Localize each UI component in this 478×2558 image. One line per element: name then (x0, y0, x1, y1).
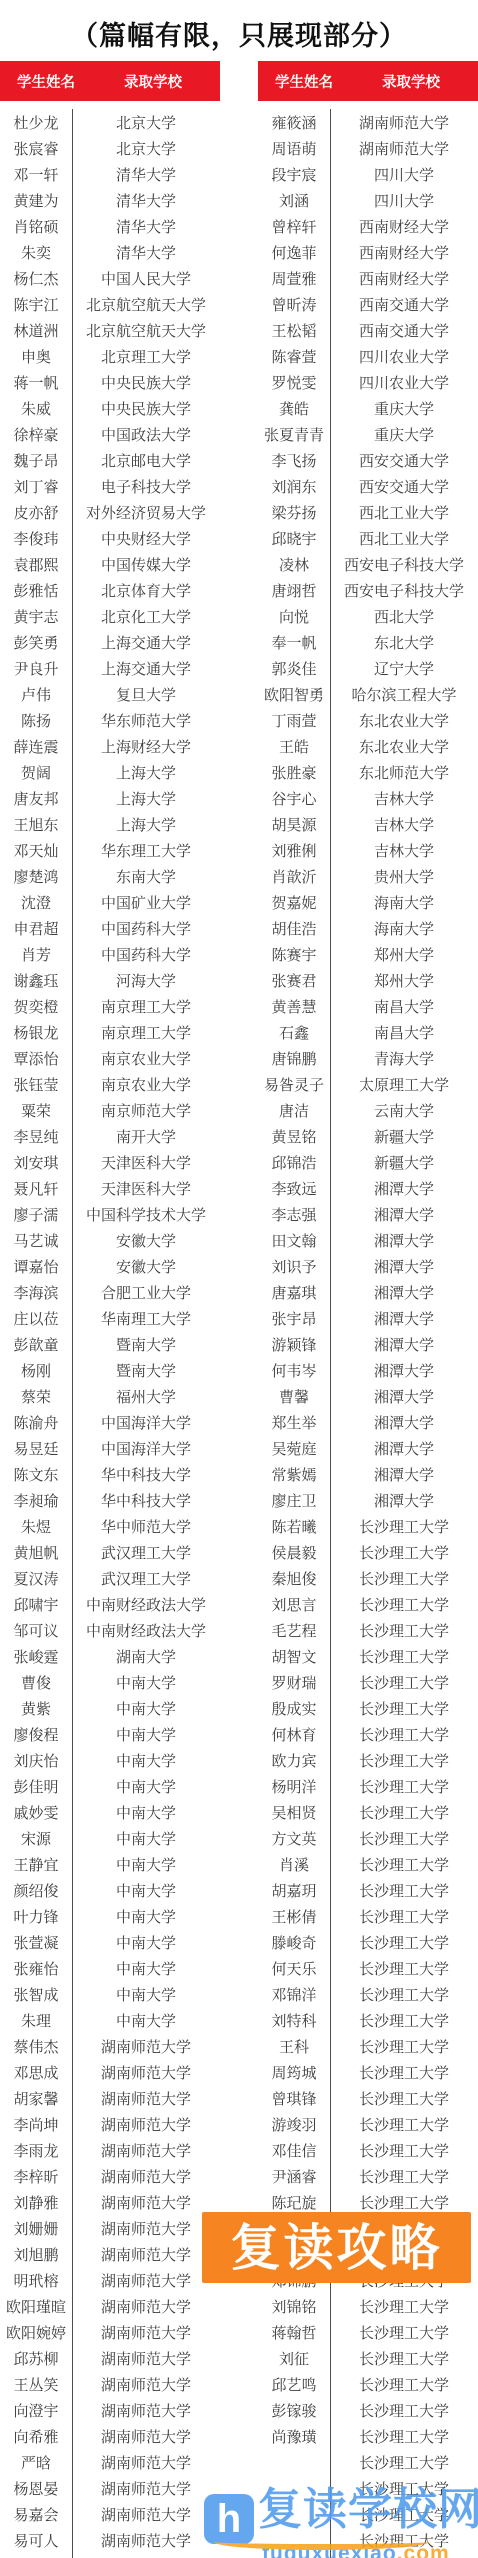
school-cell: 长沙理工大学 (330, 2374, 478, 2395)
student-name-cell: 李昱纯 (0, 1126, 72, 1147)
school-cell: 长沙理工大学 (330, 2348, 478, 2369)
school-cell: 湖南师范大学 (72, 2088, 220, 2109)
table-row: 胡家馨 湖南师范大学 (0, 2085, 220, 2111)
student-name-cell: 罗悦雯 (258, 372, 330, 393)
student-name-cell: 曾琪锋 (258, 2088, 330, 2109)
student-name-cell: 明玳榕 (0, 2270, 72, 2291)
student-name-cell: 邓思成 (0, 2062, 72, 2083)
school-cell: 湖南师范大学 (72, 2452, 220, 2473)
student-name-cell: 唐友邦 (0, 788, 72, 809)
school-cell: 长沙理工大学 (330, 2400, 478, 2421)
table-row: 薛连震 上海财经大学 (0, 733, 220, 759)
student-name-cell: 蒋翰哲 (258, 2322, 330, 2343)
table-row: 魏子昂 北京邮电大学 (0, 447, 220, 473)
table-row: 严晗 湖南师范大学 (0, 2449, 220, 2475)
student-name-cell: 廖俊程 (0, 1724, 72, 1745)
student-name-cell: 梁芬扬 (258, 502, 330, 523)
table-row: 陈扬 华东师范大学 (0, 707, 220, 733)
student-name-cell: 薛连震 (0, 736, 72, 757)
table-row: 易可人 湖南师范大学 (0, 2527, 220, 2553)
table-row: 常紫嫣 湘潭大学 (258, 1461, 478, 1487)
school-cell: 湘潭大学 (330, 1386, 478, 1407)
student-name-cell: 毛艺程 (258, 1620, 330, 1641)
table-row: 邓锦洋 长沙理工大学 (258, 1981, 478, 2007)
school-cell: 长沙理工大学 (330, 2166, 478, 2187)
student-name-cell: 张宸睿 (0, 138, 72, 159)
school-cell: 湖南师范大学 (330, 138, 478, 159)
student-name-cell: 邱晓宇 (258, 528, 330, 549)
table-row: 石鑫 南昌大学 (258, 1019, 478, 1045)
table-row: 曾琪锋 长沙理工大学 (258, 2085, 478, 2111)
student-name-cell: 石鑫 (258, 1022, 330, 1043)
student-name-cell: 罗财瑞 (258, 1672, 330, 1693)
school-cell: 西北工业大学 (330, 528, 478, 549)
student-name-cell: 唐锦鹏 (258, 1048, 330, 1069)
school-cell: 中国海洋大学 (72, 1412, 220, 1433)
school-cell: 河海大学 (72, 970, 220, 991)
school-cell: 东南大学 (72, 866, 220, 887)
table-row: 邱艺鸣 长沙理工大学 (258, 2371, 478, 2397)
school-cell: 吉林大学 (330, 814, 478, 835)
school-cell: 中南大学 (72, 1672, 220, 1693)
student-name-cell: 谷宇心 (258, 788, 330, 809)
table-row: 沈澄 中国矿业大学 (0, 889, 220, 915)
school-cell: 中南大学 (72, 1802, 220, 1823)
table-row: 黄善慧 南昌大学 (258, 993, 478, 1019)
school-cell: 湖南师范大学 (72, 2192, 220, 2213)
school-cell: 湖南师范大学 (72, 2062, 220, 2083)
table-row: 周语萌 湖南师范大学 (258, 135, 478, 161)
table-row: 谷宇心 吉林大学 (258, 785, 478, 811)
table-row: 尹涵睿 长沙理工大学 (258, 2163, 478, 2189)
school-cell: 西安交通大学 (330, 450, 478, 471)
table-row: 何林育 长沙理工大学 (258, 1721, 478, 1747)
school-cell: 长沙理工大学 (330, 2192, 478, 2213)
table-row: 陈睿萱 四川农业大学 (258, 343, 478, 369)
school-cell: 合肥工业大学 (72, 1282, 220, 1303)
student-name-cell: 陈渝舟 (0, 1412, 72, 1433)
student-name-cell: 蒋一帆 (0, 372, 72, 393)
school-cell: 北京化工大学 (72, 606, 220, 627)
school-cell: 中南大学 (72, 1698, 220, 1719)
school-cell: 重庆大学 (330, 424, 478, 445)
table-row: 刘涵 四川大学 (258, 187, 478, 213)
school-cell: 西安交通大学 (330, 476, 478, 497)
school-cell: 中国人民大学 (72, 268, 220, 289)
table-row: 胡嘉玥 长沙理工大学 (258, 1877, 478, 1903)
student-name-cell: 何林育 (258, 1724, 330, 1745)
school-cell: 中央民族大学 (72, 372, 220, 393)
student-name-cell: 张宇昂 (258, 1308, 330, 1329)
table-row: 朱奕 清华大学 (0, 239, 220, 265)
school-cell: 西南财经大学 (330, 242, 478, 263)
table-row: 刘征 长沙理工大学 (258, 2345, 478, 2371)
school-cell: 上海交通大学 (72, 658, 220, 679)
student-name-cell: 邓锦洋 (258, 1984, 330, 2005)
school-cell: 长沙理工大学 (330, 1672, 478, 1693)
student-name-cell: 陈宇江 (0, 294, 72, 315)
table-rows-left: 杜少龙 北京大学 张宸睿 北京大学 邓一轩 清华大学 黄建为 清华大学 肖铭硕 … (0, 109, 220, 2553)
school-cell: 四川大学 (330, 190, 478, 211)
student-name-cell: 李志强 (258, 1204, 330, 1225)
table-row: 杨银龙 南京理工大学 (0, 1019, 220, 1045)
student-name-cell: 易昱廷 (0, 1438, 72, 1459)
student-name-cell: 刘静雅 (0, 2192, 72, 2213)
student-name-cell: 欧力宾 (258, 1750, 330, 1771)
school-cell: 中南大学 (72, 1776, 220, 1797)
table-row: 邓天灿 华东理工大学 (0, 837, 220, 863)
student-name-cell: 邱苏柳 (0, 2348, 72, 2369)
school-cell: 中国矿业大学 (72, 892, 220, 913)
school-cell: 湖南大学 (72, 1646, 220, 1667)
table-row: 尚豫璜 长沙理工大学 (258, 2423, 478, 2449)
school-cell: 长沙理工大学 (330, 1802, 478, 1823)
student-name-cell: 邓天灿 (0, 840, 72, 861)
table-row: 向希雅 湖南师范大学 (0, 2423, 220, 2449)
student-name-cell: 唐嘉琪 (258, 1282, 330, 1303)
table-row: 毛艺程 长沙理工大学 (258, 1617, 478, 1643)
school-cell: 长沙理工大学 (330, 1594, 478, 1615)
school-cell: 清华大学 (72, 242, 220, 263)
school-cell: 长沙理工大学 (330, 2114, 478, 2135)
student-name-cell: 郑生举 (258, 1412, 330, 1433)
student-name-cell: 尹涵睿 (258, 2166, 330, 2187)
table-row: 邓思成 湖南师范大学 (0, 2059, 220, 2085)
table-row: 肖歆沂 贵州大学 (258, 863, 478, 889)
student-name-cell: 胡智文 (258, 1646, 330, 1667)
table-row: 胡佳浩 海南大学 (258, 915, 478, 941)
school-cell: 华中科技大学 (72, 1490, 220, 1511)
table-row: 庄以莅 华南理工大学 (0, 1305, 220, 1331)
table-row: 申君超 中国药科大学 (0, 915, 220, 941)
table-row: 王松韬 西南交通大学 (258, 317, 478, 343)
table-row: 彭雅恬 北京体育大学 (0, 577, 220, 603)
student-name-cell: 王皓 (258, 736, 330, 757)
admission-table-left: 学生姓名 录取学校 杜少龙 北京大学 张宸睿 北京大学 邓一轩 清华大学 黄建为… (0, 61, 220, 2553)
table-row: 黄昱铭 新疆大学 (258, 1123, 478, 1149)
table-row: 宋源 中南大学 (0, 1825, 220, 1851)
table-row: 彭笑勇 上海交通大学 (0, 629, 220, 655)
table-row: 曾梓轩 西南财经大学 (258, 213, 478, 239)
student-name-cell: 胡佳浩 (258, 918, 330, 939)
student-name-cell: 朱威 (0, 398, 72, 419)
table-row: 长沙理工大学 (258, 2449, 478, 2475)
table-header: 学生姓名 录取学校 (0, 61, 220, 101)
table-row: 曹馨 湘潭大学 (258, 1383, 478, 1409)
student-name-cell: 朱煜 (0, 1516, 72, 1537)
table-row: 周萱雅 西南财经大学 (258, 265, 478, 291)
school-cell: 贵州大学 (330, 866, 478, 887)
student-name-cell: 彭笑勇 (0, 632, 72, 653)
school-cell: 哈尔滨工程大学 (330, 684, 478, 705)
school-cell: 武汉理工大学 (72, 1542, 220, 1563)
table-row: 张宇昂 湘潭大学 (258, 1305, 478, 1331)
table-row: 陈若曦 长沙理工大学 (258, 1513, 478, 1539)
school-cell: 湖南师范大学 (72, 2114, 220, 2135)
table-row: 谢鑫珏 河海大学 (0, 967, 220, 993)
student-name-cell: 吴菀庭 (258, 1438, 330, 1459)
student-name-cell: 尚豫璜 (258, 2426, 330, 2447)
student-name-cell: 马艺诚 (0, 1230, 72, 1251)
student-name-cell: 陈若曦 (258, 1516, 330, 1537)
table-row: 蔡荣 福州大学 (0, 1383, 220, 1409)
student-name-cell: 游颖锋 (258, 1334, 330, 1355)
school-cell: 长沙理工大学 (330, 1516, 478, 1537)
table-row: 杨恩晏 湖南师范大学 (0, 2475, 220, 2501)
school-cell: 湖南师范大学 (72, 2218, 220, 2239)
school-cell: 四川农业大学 (330, 346, 478, 367)
table-row: 林道洲 北京航空航天大学 (0, 317, 220, 343)
school-cell: 清华大学 (72, 164, 220, 185)
student-name-cell: 陈赛宇 (258, 944, 330, 965)
table-row: 张峻霆 湖南大学 (0, 1643, 220, 1669)
student-name-cell: 宋源 (0, 1828, 72, 1849)
table-row: 陈渝舟 中国海洋大学 (0, 1409, 220, 1435)
student-name-cell: 易嘉会 (0, 2504, 72, 2525)
student-name-cell: 廖子濡 (0, 1204, 72, 1225)
school-cell: 重庆大学 (330, 398, 478, 419)
school-cell: 中南大学 (72, 1854, 220, 1875)
school-cell: 青海大学 (330, 1048, 478, 1069)
school-cell: 华东师范大学 (72, 710, 220, 731)
student-name-cell: 刘思言 (258, 1594, 330, 1615)
school-cell: 湖南师范大学 (72, 2322, 220, 2343)
student-name-cell: 向悦 (258, 606, 330, 627)
student-name-cell: 何天乐 (258, 1958, 330, 1979)
student-name-cell: 刘安琪 (0, 1152, 72, 1173)
table-row: 覃添怡 南京农业大学 (0, 1045, 220, 1071)
student-name-cell: 刘锦铭 (258, 2296, 330, 2317)
school-cell: 上海大学 (72, 762, 220, 783)
student-name-cell: 凌林 (258, 554, 330, 575)
table-header: 学生姓名 录取学校 (258, 61, 478, 101)
table-row: 凌林 西安电子科技大学 (258, 551, 478, 577)
table-row: 何韦岑 湘潭大学 (258, 1357, 478, 1383)
table-row: 吴相贤 长沙理工大学 (258, 1799, 478, 1825)
table-row: 肖溪 长沙理工大学 (258, 1851, 478, 1877)
student-name-cell: 易可人 (0, 2530, 72, 2551)
table-row: 曹俊 中南大学 (0, 1669, 220, 1695)
school-cell: 华中科技大学 (72, 1464, 220, 1485)
table-row: 刘丁睿 电子科技大学 (0, 473, 220, 499)
student-name-cell: 李俊玮 (0, 528, 72, 549)
student-name-cell: 彭佳明 (0, 1776, 72, 1797)
school-cell: 湘潭大学 (330, 1438, 478, 1459)
table-row: 刘思言 长沙理工大学 (258, 1591, 478, 1617)
school-cell: 辽宁大学 (330, 658, 478, 679)
school-cell: 长沙理工大学 (330, 2088, 478, 2109)
table-row: 皮亦舒 对外经济贸易大学 (0, 499, 220, 525)
page-title: （篇幅有限，只展现部分） (0, 14, 478, 53)
table-row: 邱晓宇 西北工业大学 (258, 525, 478, 551)
admission-table-right: 学生姓名 录取学校 雍筱涵 湖南师范大学 周语萌 湖南师范大学 段宇宸 四川大学… (258, 61, 478, 2553)
student-name-cell: 叶力锋 (0, 1906, 72, 1927)
school-header: 录取学校 (344, 71, 478, 92)
table-row: 廖俊程 中南大学 (0, 1721, 220, 1747)
table-row: 吴菀庭 湘潭大学 (258, 1435, 478, 1461)
student-name-cell: 王科 (258, 2036, 330, 2057)
school-cell: 清华大学 (72, 190, 220, 211)
student-name-cell: 李飞扬 (258, 450, 330, 471)
table-row: 唐嘉琪 湘潭大学 (258, 1279, 478, 1305)
table-row: 欧阳智勇 哈尔滨工程大学 (258, 681, 478, 707)
student-name-cell: 申奥 (0, 346, 72, 367)
school-cell: 四川农业大学 (330, 372, 478, 393)
student-name-cell: 刘润东 (258, 476, 330, 497)
student-name-cell: 覃添怡 (0, 1048, 72, 1069)
fudu-strategy-banner: 复读攻略 (202, 2212, 471, 2283)
school-cell: 长沙理工大学 (330, 1828, 478, 1849)
student-name-cell: 李昶瑜 (0, 1490, 72, 1511)
table-row: 易昝灵子 太原理工大学 (258, 1071, 478, 1097)
table-row: 彭镓骏 长沙理工大学 (258, 2397, 478, 2423)
table-row: 滕峻奇 长沙理工大学 (258, 1929, 478, 1955)
student-name-cell: 邱啸宇 (0, 1594, 72, 1615)
table-row: 彭佳明 中南大学 (0, 1773, 220, 1799)
table-row: 尹良升 上海交通大学 (0, 655, 220, 681)
school-cell: 湘潭大学 (330, 1204, 478, 1225)
student-name-cell: 王松韬 (258, 320, 330, 341)
student-name-cell: 廖楚鸿 (0, 866, 72, 887)
table-row: 李昶瑜 华中科技大学 (0, 1487, 220, 1513)
student-name-cell: 刘庆怡 (0, 1750, 72, 1771)
table-row: 田文翰 湘潭大学 (258, 1227, 478, 1253)
student-name-cell: 张赛君 (258, 970, 330, 991)
student-name-cell: 李尚坤 (0, 2114, 72, 2135)
school-cell: 北京体育大学 (72, 580, 220, 601)
table-row: 唐锦鹏 青海大学 (258, 1045, 478, 1071)
student-name-cell: 殷成实 (258, 1698, 330, 1719)
school-cell: 中南大学 (72, 1724, 220, 1745)
table-row: 邹可议 中南财经政法大学 (0, 1617, 220, 1643)
school-cell: 湖南师范大学 (72, 2374, 220, 2395)
student-name-cell: 游竣羽 (258, 2114, 330, 2135)
school-cell: 长沙理工大学 (330, 1698, 478, 1719)
student-name-cell: 徐梓豪 (0, 424, 72, 445)
student-name-cell: 杨刚 (0, 1360, 72, 1381)
school-cell: 上海大学 (72, 814, 220, 835)
school-cell: 长沙理工大学 (330, 1724, 478, 1745)
student-name-cell: 尹良升 (0, 658, 72, 679)
student-name-cell: 陈文东 (0, 1464, 72, 1485)
student-name-cell: 朱奕 (0, 242, 72, 263)
school-cell: 西安电子科技大学 (330, 554, 478, 575)
school-cell: 长沙理工大学 (330, 2452, 478, 2473)
table-row: 谭嘉怡 安徽大学 (0, 1253, 220, 1279)
school-cell: 中南大学 (72, 1828, 220, 1849)
school-cell: 长沙理工大学 (330, 1646, 478, 1667)
student-name-cell: 唐翊哲 (258, 580, 330, 601)
school-cell: 中国药科大学 (72, 944, 220, 965)
school-cell: 南京理工大学 (72, 1022, 220, 1043)
student-name-cell: 蔡伟杰 (0, 2036, 72, 2057)
school-cell: 湘潭大学 (330, 1334, 478, 1355)
school-cell: 天津医科大学 (72, 1152, 220, 1173)
table-row: 向澄宇 湖南师范大学 (0, 2397, 220, 2423)
table-row: 黄宇志 北京化工大学 (0, 603, 220, 629)
school-cell: 上海交通大学 (72, 632, 220, 653)
table-row: 欧阳瑾暄 湖南师范大学 (0, 2293, 220, 2319)
student-name-cell: 周筠城 (258, 2062, 330, 2083)
student-name-cell: 魏子昂 (0, 450, 72, 471)
table-row: 李海滨 合肥工业大学 (0, 1279, 220, 1305)
school-cell: 中国药科大学 (72, 918, 220, 939)
school-cell: 北京航空航天大学 (72, 320, 220, 341)
table-row: 段宇宸 四川大学 (258, 161, 478, 187)
school-cell: 西南财经大学 (330, 268, 478, 289)
student-name-cell: 刘征 (258, 2348, 330, 2369)
school-cell: 郑州大学 (330, 970, 478, 991)
table-row: 叶力锋 中南大学 (0, 1903, 220, 1929)
table-row: 贺奕橙 南京理工大学 (0, 993, 220, 1019)
school-cell: 海南大学 (330, 892, 478, 913)
table-row: 张宸睿 北京大学 (0, 135, 220, 161)
student-name-cell: 王丛笑 (0, 2374, 72, 2395)
school-cell: 湘潭大学 (330, 1178, 478, 1199)
school-cell: 长沙理工大学 (330, 2036, 478, 2057)
student-name-cell: 蔡荣 (0, 1386, 72, 1407)
table-row: 殷成实 长沙理工大学 (258, 1695, 478, 1721)
table-row: 秦旭俊 长沙理工大学 (258, 1565, 478, 1591)
school-cell: 湘潭大学 (330, 1490, 478, 1511)
student-name-cell: 贺阔 (0, 762, 72, 783)
student-name-cell: 王旭东 (0, 814, 72, 835)
student-name-cell: 易昝灵子 (258, 1074, 330, 1095)
student-name-header: 学生姓名 (258, 71, 344, 92)
table-row: 李致远 湘潭大学 (258, 1175, 478, 1201)
student-name-cell: 皮亦舒 (0, 502, 72, 523)
school-cell: 湖南师范大学 (72, 2270, 220, 2291)
school-cell: 中国政法大学 (72, 424, 220, 445)
student-name-cell: 龚皓 (258, 398, 330, 419)
school-cell: 湘潭大学 (330, 1360, 478, 1381)
school-cell: 上海大学 (72, 788, 220, 809)
table-row: 刘安琪 天津医科大学 (0, 1149, 220, 1175)
student-name-cell: 黄旭帆 (0, 1542, 72, 1563)
school-cell: 武汉理工大学 (72, 1568, 220, 1589)
student-name-cell: 邱锦浩 (258, 1152, 330, 1173)
table-row: 李雨龙 湖南师范大学 (0, 2137, 220, 2163)
table-row: 李尚坤 湖南师范大学 (0, 2111, 220, 2137)
student-name-cell: 沈澄 (0, 892, 72, 913)
table-row: 王静宜 中南大学 (0, 1851, 220, 1877)
school-cell: 郑州大学 (330, 944, 478, 965)
school-cell: 湖南师范大学 (72, 2140, 220, 2161)
table-row: 郭炎佳 辽宁大学 (258, 655, 478, 681)
table-row: 王旭东 上海大学 (0, 811, 220, 837)
student-name-cell: 肖铭硕 (0, 216, 72, 237)
student-name-cell: 卢伟 (0, 684, 72, 705)
student-name-cell: 聂凡轩 (0, 1178, 72, 1199)
student-name-cell: 刘特科 (258, 2010, 330, 2031)
school-cell: 长沙理工大学 (330, 1906, 478, 1927)
table-row: 张赛君 郑州大学 (258, 967, 478, 993)
school-cell: 吉林大学 (330, 788, 478, 809)
school-cell: 中南大学 (72, 2010, 220, 2031)
student-name-cell: 张智成 (0, 1984, 72, 2005)
school-cell: 长沙理工大学 (330, 2296, 478, 2317)
school-cell: 海南大学 (330, 918, 478, 939)
banner-label: 复读攻略 (231, 2223, 443, 2273)
student-name-cell: 曹俊 (0, 1672, 72, 1693)
student-name-cell: 吴相贤 (258, 1802, 330, 1823)
table-row: 黄旭帆 武汉理工大学 (0, 1539, 220, 1565)
student-name-cell: 贺奕橙 (0, 996, 72, 1017)
table-row: 胡智文 长沙理工大学 (258, 1643, 478, 1669)
school-cell: 南开大学 (72, 1126, 220, 1147)
student-name-cell: 肖歆沂 (258, 866, 330, 887)
student-name-cell: 庄以莅 (0, 1308, 72, 1329)
